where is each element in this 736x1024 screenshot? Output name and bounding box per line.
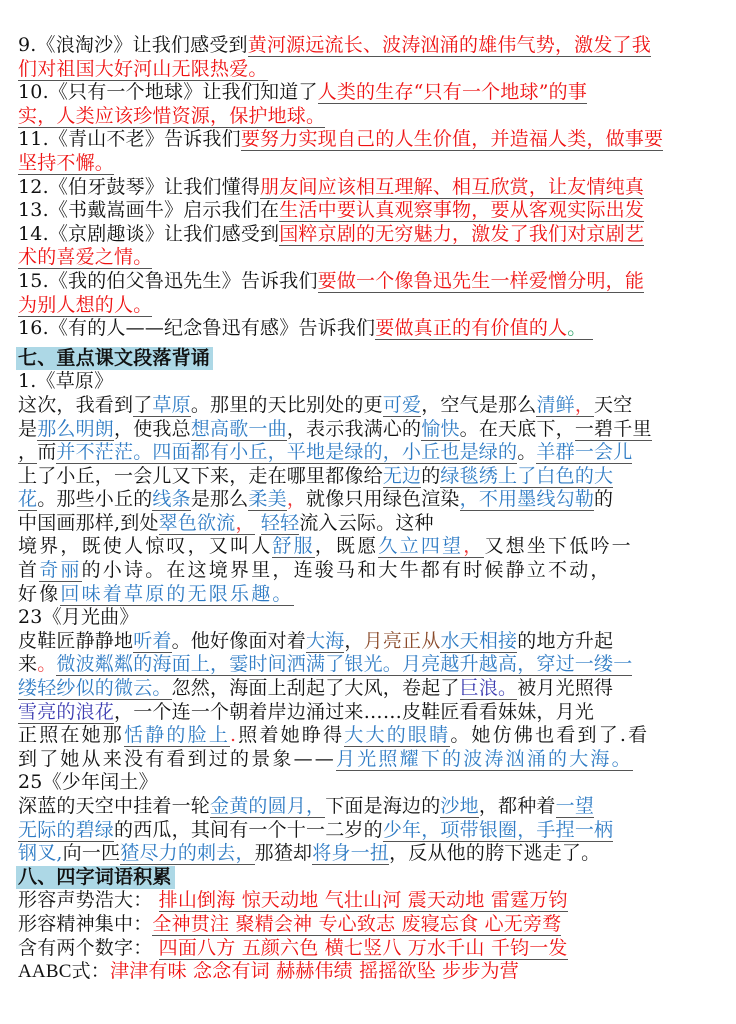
lesson-10-line-2: 实，人类应该珍惜资源，保护地球。 — [18, 105, 718, 129]
section-8-heading-row: 八、四字词语积累 — [18, 866, 718, 890]
lesson-16-line: 16.《有的人——纪念鲁迅有感》告诉我们要做真正的有价值的人。 — [18, 317, 718, 341]
idiom-words: 全神贯注 聚精会神 专心致志 废寝忘食 心无旁骛 — [152, 913, 561, 936]
shaonianrunitu-passage: 深蓝的天空中挂着一轮金黄的圆月，下面是海边的沙地，都种着一望 无际的碧绿的西瓜，… — [18, 795, 718, 866]
idiom-category: 形容声势浩大： — [18, 889, 152, 911]
lesson-title: 《只有一个地球》 — [49, 81, 203, 103]
lesson-15-line-2: 为别人想的人。 — [18, 294, 718, 318]
lesson-answer: 实，人类应该珍惜资源，保护地球。 — [18, 105, 325, 128]
lesson-title: 《书戴嵩画牛》 — [49, 199, 183, 221]
idiom-category: 形容精神集中： — [18, 913, 152, 935]
lesson-11-line-2: 坚持不懈。 — [18, 152, 718, 176]
idiom-category: 式： — [72, 960, 110, 982]
lesson-title: 《伯牙鼓琴》 — [49, 176, 164, 198]
idiom-row: 形容精神集中：全神贯注 聚精会神 专心致志 废寝忘食 心无旁骛 — [18, 913, 718, 937]
lesson-answer: 生活中要认真观察事物，要从客观实际出发 — [279, 199, 644, 222]
idiom-row: 含有两个数字： 四面八方 五颜六色 横七竖八 万水千山 千钧一发 — [18, 937, 718, 961]
lesson-answer: 人类的生存“只有一个地球”的事 — [318, 81, 587, 104]
lesson-answer: 要努力实现自己的人生价值，并造福人类，做事要 — [241, 128, 663, 151]
lesson-15-line-1: 15.《我的伯父鲁迅先生》告诉我们要做一个像鲁迅先生一样爱憎分明，能 — [18, 270, 718, 294]
lesson-list: 9.《浪淘沙》让我们感受到黄河源远流长、波涛汹涌的雄伟气势，激发了我 们对祖国大… — [18, 34, 718, 341]
idiom-words: 津津有味 念念有词 赫赫伟绩 摇摇欲坠 步步为营 — [110, 960, 519, 982]
section-heading: 八、四字词语积累 — [16, 866, 175, 890]
idiom-row: AABC式：津津有味 念念有词 赫赫伟绩 摇摇欲坠 步步为营 — [18, 960, 718, 984]
lesson-answer: 黄河源远流长、波涛汹涌的雄伟气势，激发了我 — [248, 34, 651, 57]
lesson-13-line: 13.《书戴嵩画牛》启示我们在生活中要认真观察事物，要从客观实际出发 — [18, 199, 718, 223]
caoyuan-passage: 这次，我看到了草原。那里的天比别处的更可爱，空气是那么清鲜，天空 是那么明朗，使… — [18, 394, 718, 606]
lesson-title: 《浪淘沙》 — [37, 34, 133, 56]
section-7-heading-row: 七、重点课文段落背诵 — [18, 347, 718, 371]
lesson-title: 《我的伯父鲁迅先生》 — [49, 270, 241, 292]
yueguangqu-passage: 皮鞋匠静静地听着。他好像面对着大海，月亮正从水天相接的地方升起 来。微波粼粼的海… — [18, 630, 718, 772]
lesson-answer: 为别人想的人。 — [18, 294, 152, 317]
lesson-14-line-1: 14.《京剧趣谈》让我们感受到国粹京剧的无穷魅力，激发了我们对京剧艺 — [18, 223, 718, 247]
lesson-answer: 术的喜爱之情。 — [18, 246, 152, 269]
lesson-answer: 朋友间应该相互理解、相互欣赏，让友情纯真 — [260, 176, 644, 199]
idiom-row: 形容声势浩大： 排山倒海 惊天动地 气壮山河 震天动地 雷霆万钧 — [18, 889, 718, 913]
lesson-14-line-2: 术的喜爱之情。 — [18, 246, 718, 270]
lesson-9-line-2: 们对祖国大好河山无限热爱。 — [18, 58, 718, 82]
idiom-category: 含有两个数字： — [18, 937, 152, 959]
lesson-answer: 们对祖国大好河山无限热爱。 — [18, 58, 268, 81]
caoyuan-title: 1.《草原》 — [18, 370, 718, 394]
lesson-12-line: 12.《伯牙鼓琴》让我们懂得朋友间应该相互理解、相互欣赏，让友情纯真 — [18, 176, 718, 200]
lesson-10-line-1: 10.《只有一个地球》让我们知道了人类的生存“只有一个地球”的事 — [18, 81, 718, 105]
lesson-title: 《青山不老》 — [49, 128, 164, 150]
document-page: 9.《浪淘沙》让我们感受到黄河源远流长、波涛汹涌的雄伟气势，激发了我 们对祖国大… — [0, 0, 736, 984]
lesson-answer: 要做一个像鲁迅先生一样爱憎分明，能 — [318, 270, 644, 293]
idiom-words: 四面八方 五颜六色 横七竖八 万水千山 千钧一发 — [159, 937, 568, 960]
shaonianrunitu-title: 25《少年闰土》 — [18, 771, 718, 795]
lesson-answer: 坚持不懈。 — [18, 152, 114, 175]
lesson-answer: 要做真正的有价值的人 — [375, 317, 567, 339]
idiom-list: 形容声势浩大： 排山倒海 惊天动地 气壮山河 震天动地 雷霆万钧 形容精神集中：… — [18, 889, 718, 983]
yueguangqu-title: 23《月光曲》 — [18, 606, 718, 630]
section-heading: 七、重点课文段落背诵 — [16, 347, 213, 371]
lesson-title: 《有的人——纪念鲁迅有感》 — [49, 317, 299, 339]
lesson-answer: 国粹京剧的无穷魅力，激发了我们对京剧艺 — [279, 223, 644, 246]
lesson-title: 《京剧趣谈》 — [49, 223, 164, 245]
lesson-11-line-1: 11.《青山不老》告诉我们要努力实现自己的人生价值，并造福人类，做事要 — [18, 128, 718, 152]
idiom-words: 排山倒海 惊天动地 气壮山河 震天动地 雷霆万钧 — [159, 889, 568, 912]
lesson-9-line-1: 9.《浪淘沙》让我们感受到黄河源远流长、波涛汹涌的雄伟气势，激发了我 — [18, 34, 718, 58]
